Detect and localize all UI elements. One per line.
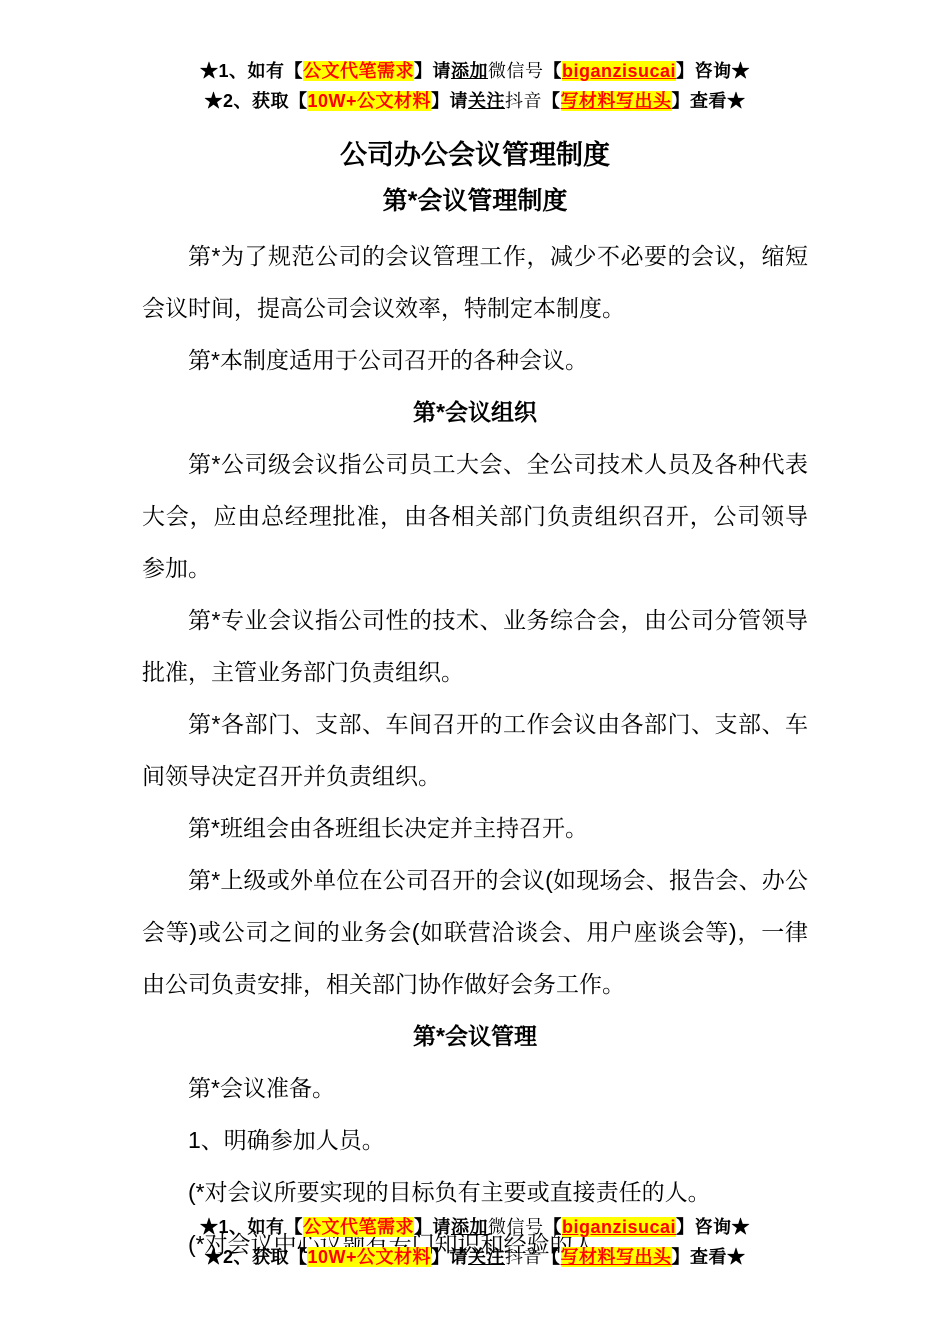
text-run: 】查看★ — [672, 91, 746, 111]
text-run: 抖音 — [505, 1247, 542, 1267]
footer-line-1: ★1、如有【公文代笔需求】请添加微信号【biganzisucai】咨询★ — [0, 1212, 950, 1242]
text-run: 关注 — [468, 1247, 505, 1267]
text-run: 10W+公文材料 — [307, 1247, 431, 1267]
text-run: 公文代笔需求 — [303, 1217, 414, 1237]
text-run: 【 — [542, 1247, 561, 1267]
text-run: 写材料写出头 — [561, 91, 672, 111]
text-run: 】查看★ — [672, 1247, 746, 1267]
document-blocks: 第*为了规范公司的会议管理工作，减少不必要的会议，缩短会议时间，提高公司会议效率… — [142, 230, 808, 1270]
paragraph: 第*为了规范公司的会议管理工作，减少不必要的会议，缩短会议时间，提高公司会议效率… — [142, 230, 808, 334]
text-run: 【 — [543, 61, 562, 81]
paragraph: 1、明确参加人员。 — [142, 1114, 808, 1166]
text-run: 关注 — [468, 91, 505, 111]
page-header: ★1、如有【公文代笔需求】请添加微信号【biganzisucai】咨询★ ★2、… — [0, 56, 950, 116]
paragraph: 第*本制度适用于公司召开的各种会议。 — [142, 334, 808, 386]
document-title: 公司办公会议管理制度 — [142, 136, 808, 174]
document-page: ★1、如有【公文代笔需求】请添加微信号【biganzisucai】咨询★ ★2、… — [0, 0, 950, 1344]
text-run: 写材料写出头 — [561, 1247, 672, 1267]
paragraph: 第*各部门、支部、车间召开的工作会议由各部门、支部、车间领导决定召开并负责组织。 — [142, 698, 808, 802]
header-line-2: ★2、获取【10W+公文材料】请关注抖音【写材料写出头】查看★ — [0, 86, 950, 116]
text-run: ★1、如有【 — [200, 1217, 303, 1237]
text-run: 】请 — [414, 1217, 451, 1237]
paragraph: 第*专业会议指公司性的技术、业务综合会，由公司分管领导批准，主管业务部门负责组织… — [142, 594, 808, 698]
text-run: 【 — [542, 91, 561, 111]
paragraph: 第*公司级会议指公司员工大会、全公司技术人员及各种代表大会，应由总经理批准，由各… — [142, 438, 808, 594]
document-subtitle: 第*会议管理制度 — [142, 184, 808, 218]
text-run: 微信号 — [488, 61, 544, 81]
header-line-1: ★1、如有【公文代笔需求】请添加微信号【biganzisucai】咨询★ — [0, 56, 950, 86]
footer-line-2: ★2、获取【10W+公文材料】请关注抖音【写材料写出头】查看★ — [0, 1242, 950, 1272]
text-run: 添加 — [451, 61, 488, 81]
text-run: 】请 — [431, 91, 468, 111]
text-run: 公文代笔需求 — [303, 61, 414, 81]
text-run: ★1、如有【 — [200, 61, 303, 81]
text-run: 添加 — [451, 1217, 488, 1237]
text-run: 抖音 — [505, 91, 542, 111]
text-run: biganzisucai — [562, 1217, 676, 1237]
section-heading: 第*会议组织 — [142, 386, 808, 438]
text-run: 】请 — [414, 61, 451, 81]
paragraph: 第*上级或外单位在公司召开的会议(如现场会、报告会、办公会等)或公司之间的业务会… — [142, 854, 808, 1010]
section-heading: 第*会议管理 — [142, 1010, 808, 1062]
document-body: 公司办公会议管理制度 第*会议管理制度 第*为了规范公司的会议管理工作，减少不必… — [142, 130, 808, 1270]
paragraph: 第*班组会由各班组长决定并主持召开。 — [142, 802, 808, 854]
text-run: ★2、获取【 — [204, 1247, 307, 1267]
page-footer: ★1、如有【公文代笔需求】请添加微信号【biganzisucai】咨询★ ★2、… — [0, 1212, 950, 1272]
text-run: 】请 — [431, 1247, 468, 1267]
text-run: ★2、获取【 — [204, 91, 307, 111]
text-run: 】咨询★ — [676, 1217, 750, 1237]
paragraph: (*对会议所要实现的目标负有主要或直接责任的人。 — [142, 1166, 808, 1218]
paragraph: 第*会议准备。 — [142, 1062, 808, 1114]
text-run: biganzisucai — [562, 61, 676, 81]
text-run: 微信号 — [488, 1217, 544, 1237]
text-run: 】咨询★ — [676, 61, 750, 81]
text-run: 【 — [543, 1217, 562, 1237]
text-run: 10W+公文材料 — [307, 91, 431, 111]
